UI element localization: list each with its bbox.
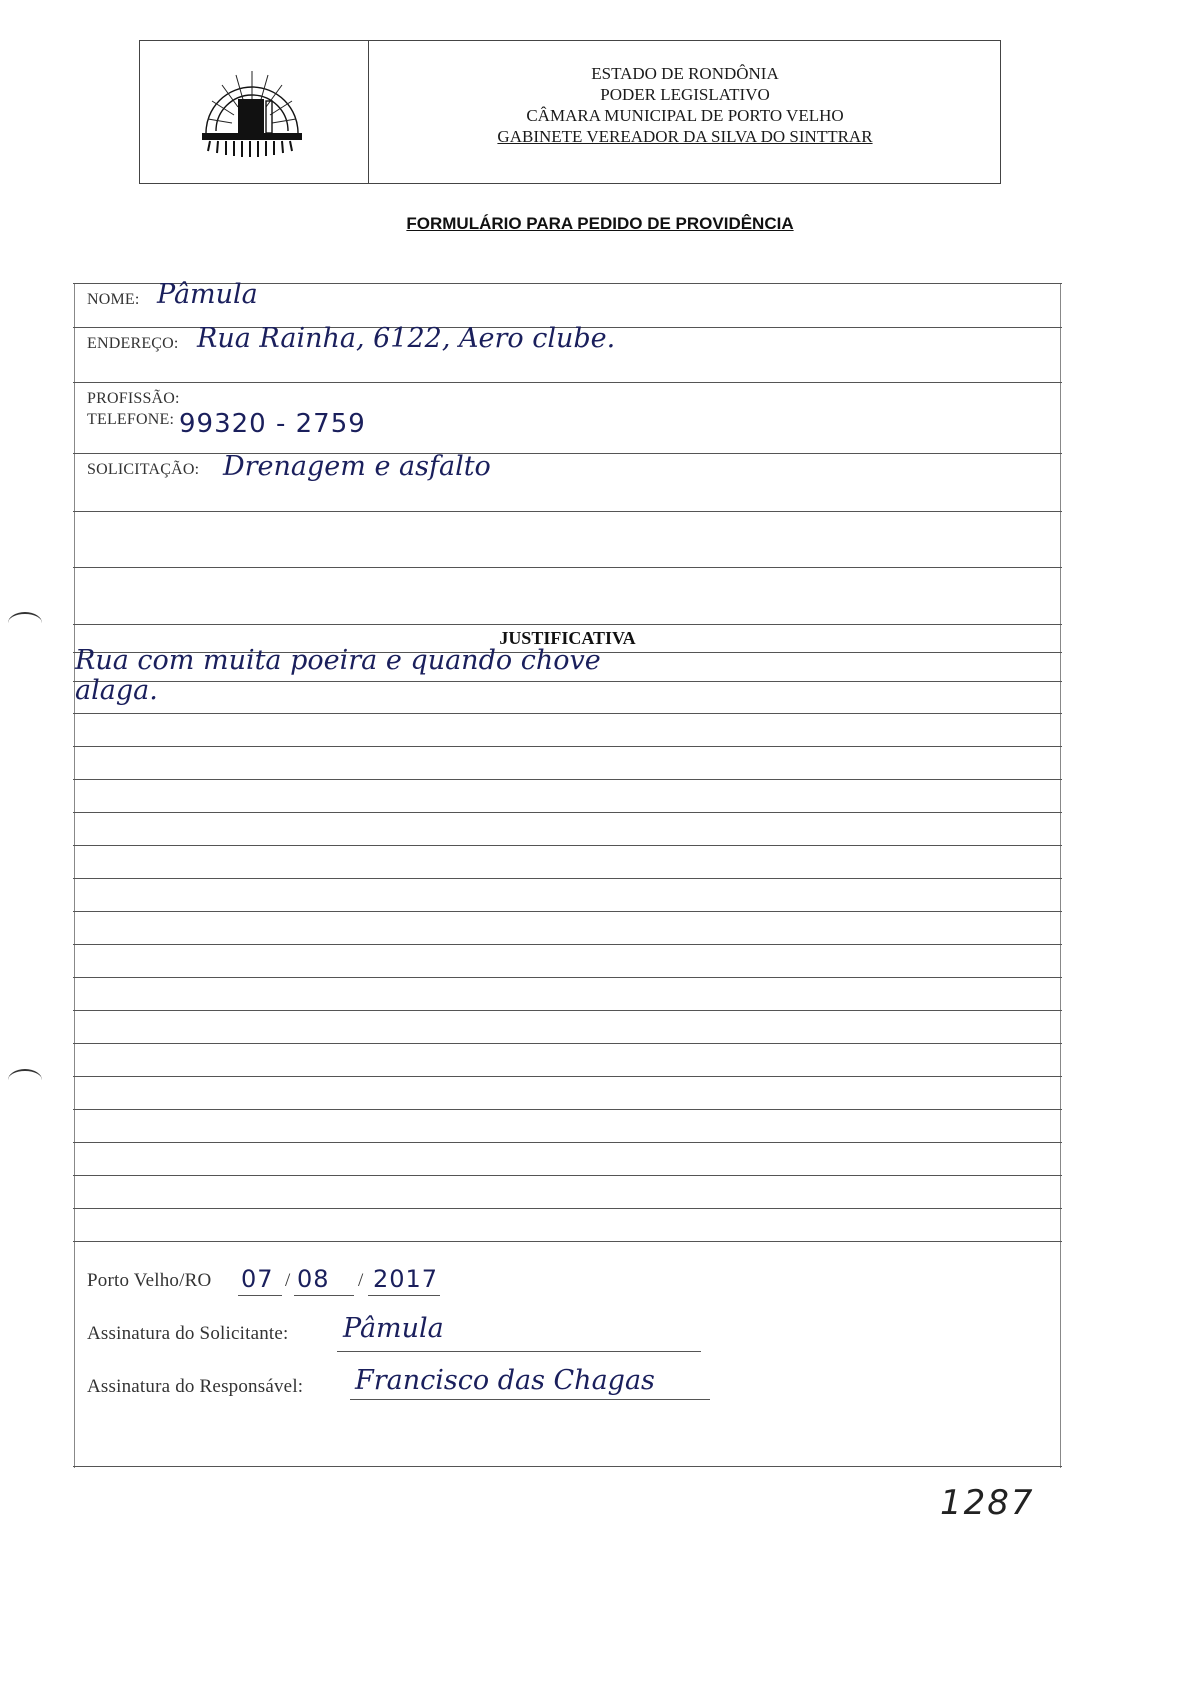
chamber-name: CÂMARA MUNICIPAL DE PORTO VELHO — [370, 105, 1000, 126]
office-name: GABINETE VEREADOR DA SILVA DO SINTTRAR — [370, 126, 1000, 147]
ruled-line — [73, 911, 1062, 912]
page-number: 1287 — [940, 1483, 1035, 1523]
date-separator: / — [358, 1270, 363, 1292]
punch-hole-mark — [8, 1069, 42, 1091]
ruled-line — [73, 713, 1062, 714]
ruled-line — [73, 1076, 1062, 1077]
form-title: FORMULÁRIO PARA PEDIDO DE PROVIDÊNCIA — [0, 214, 1200, 234]
responsavel-label: Assinatura do Responsável: — [87, 1376, 303, 1398]
ruled-line — [73, 1208, 1062, 1209]
endereco-label: ENDEREÇO: — [87, 335, 179, 353]
justificativa-line-1[interactable]: Rua com muita poeira e quando chove — [75, 645, 601, 676]
letterhead-text: ESTADO DE RONDÔNIA PODER LEGISLATIVO CÂM… — [370, 63, 1000, 147]
justificativa-line-2[interactable]: alaga. — [75, 675, 158, 706]
ruled-line — [73, 1010, 1062, 1011]
state-name: ESTADO DE RONDÔNIA — [370, 63, 1000, 84]
ruled-line — [73, 977, 1062, 978]
ruled-line — [73, 812, 1062, 813]
ruled-line — [73, 845, 1062, 846]
request-form: NOME: Pâmula ENDEREÇO: Rua Rainha, 6122,… — [74, 283, 1061, 1468]
responsavel-signature[interactable]: Francisco das Chagas — [355, 1365, 655, 1396]
solicitante-signature[interactable]: Pâmula — [343, 1313, 444, 1344]
date-day[interactable]: 07 — [241, 1265, 274, 1293]
solicitacao-field[interactable]: Drenagem e asfalto — [223, 451, 491, 482]
ruled-line — [73, 1043, 1062, 1044]
letterhead: ESTADO DE RONDÔNIA PODER LEGISLATIVO CÂM… — [139, 40, 1001, 184]
ruled-line — [73, 1142, 1062, 1143]
camara-emblem-icon — [196, 61, 308, 161]
ruled-line — [73, 1175, 1062, 1176]
telefone-field[interactable]: 99320 - 2759 — [179, 409, 366, 439]
branch-name: PODER LEGISLATIVO — [370, 84, 1000, 105]
solicitante-label: Assinatura do Solicitante: — [87, 1323, 289, 1345]
date-month[interactable]: 08 — [297, 1265, 330, 1293]
place-label: Porto Velho/RO — [87, 1270, 211, 1292]
solicitacao-label: SOLICITAÇÃO: — [87, 461, 199, 479]
ruled-line — [73, 779, 1062, 780]
endereco-field[interactable]: Rua Rainha, 6122, Aero clube. — [197, 323, 615, 354]
nome-field[interactable]: Pâmula — [157, 279, 258, 310]
profissao-label: PROFISSÃO: — [87, 390, 180, 408]
ruled-line — [73, 878, 1062, 879]
punch-hole-mark — [8, 612, 42, 634]
telefone-label: TELEFONE: — [87, 411, 174, 429]
date-year[interactable]: 2017 — [373, 1265, 438, 1293]
ruled-line — [73, 1109, 1062, 1110]
date-separator: / — [285, 1270, 290, 1292]
ruled-line — [73, 944, 1062, 945]
logo-cell — [140, 41, 369, 183]
ruled-line — [73, 746, 1062, 747]
nome-label: NOME: — [87, 291, 140, 309]
